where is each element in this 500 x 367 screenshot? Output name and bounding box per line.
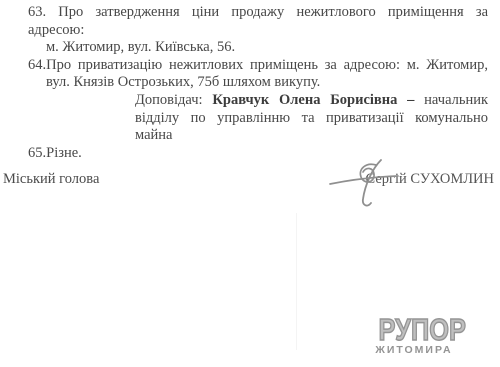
speaker-line-3: майна [135, 127, 488, 145]
speaker-label: Доповідач: [135, 92, 203, 108]
speaker-name: Кравчук Олена Борисівна [212, 92, 397, 108]
position-title: Міський голова [3, 171, 99, 188]
agenda-list: 63. Про затвердження ціни продажу нежитл… [28, 4, 488, 162]
rupor-zhytomyra-logo: РУПОР ЖИТОМИРА [371, 317, 455, 356]
agenda-item-63-line-1: 63. Про затвердження ціни продажу нежитл… [28, 4, 488, 39]
speaker-dash: – [407, 92, 414, 108]
speaker-role-word: начальник [424, 92, 488, 108]
logo-title-text: РУПОР [379, 317, 448, 343]
agenda-item-64-line-1: 64.Про приватизацію нежитлових приміщень… [28, 57, 488, 75]
scan-artifact-line [296, 213, 297, 350]
agenda-item-64-line-2: вул. Князів Острозьких, 75б шляхом викуп… [28, 74, 488, 92]
document-page: 63. Про затвердження ціни продажу нежитл… [0, 0, 500, 367]
agenda-item-63-line-2: м. Житомир, вул. Київська, 56. [28, 39, 488, 57]
handwritten-signature [322, 155, 497, 213]
speaker-line-1: Доповідач: Кравчук Олена Борисівна – нач… [135, 92, 488, 110]
speaker-line-2: відділу по управлінню та приватизації ко… [135, 110, 488, 128]
